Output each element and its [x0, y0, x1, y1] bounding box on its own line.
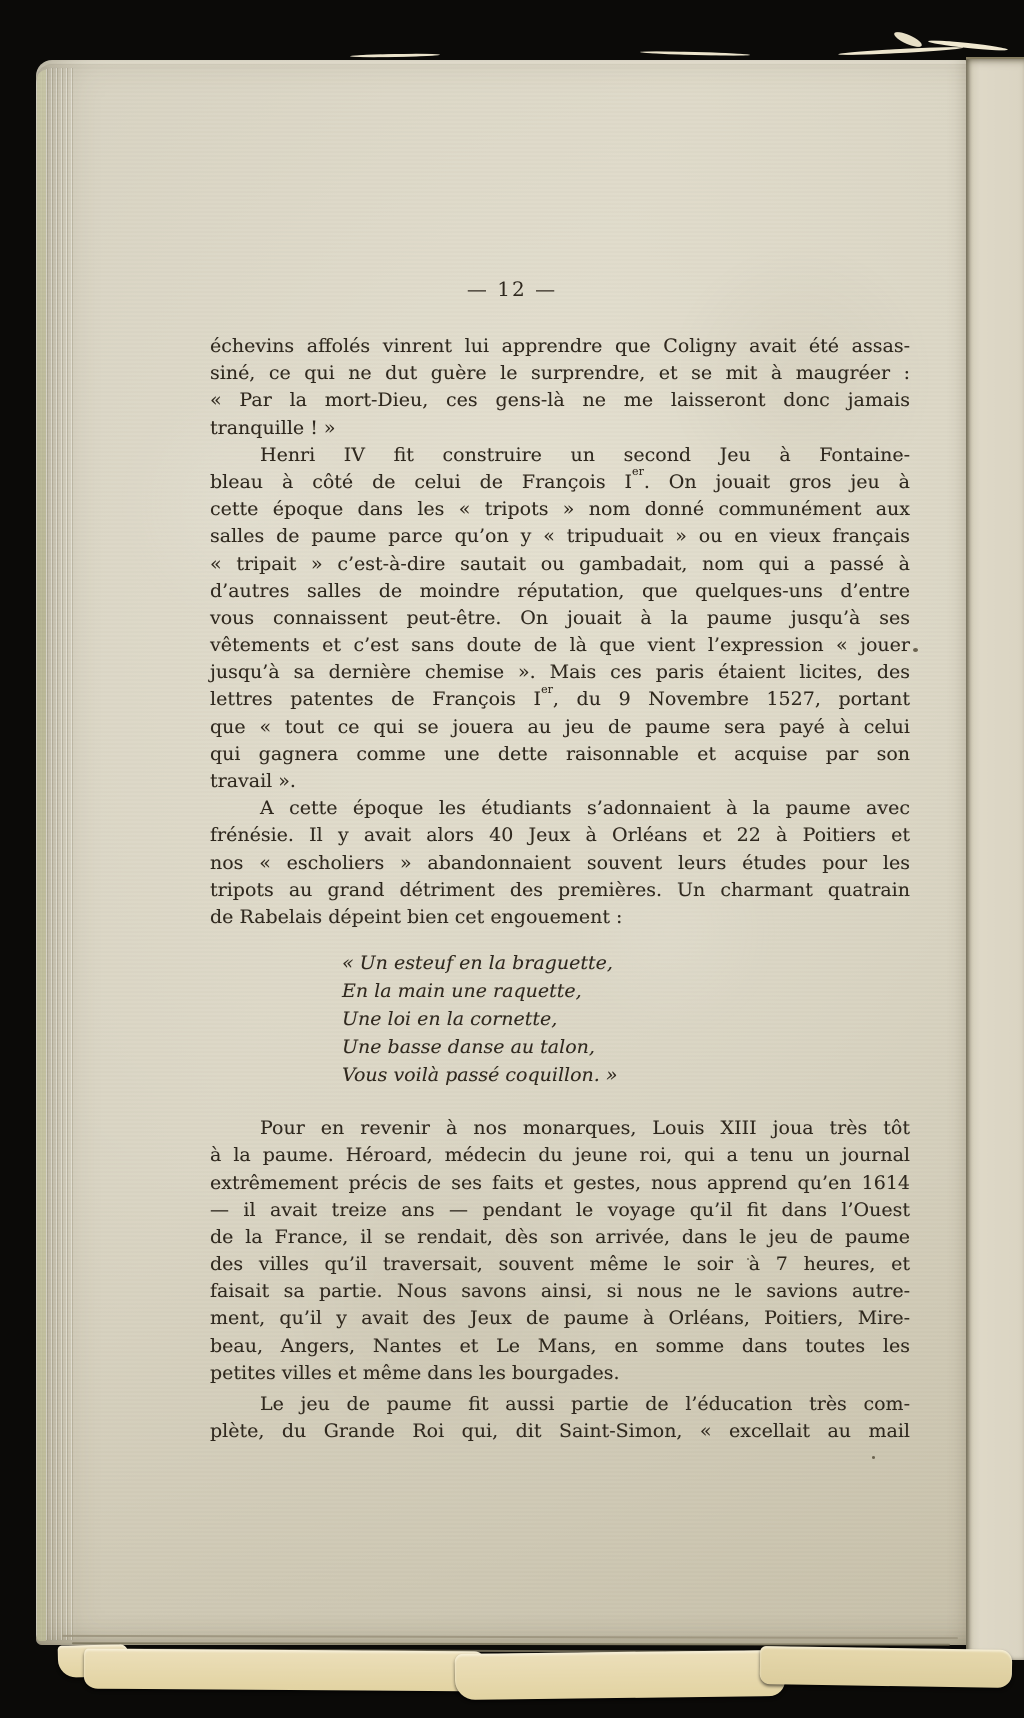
text-line: beau, Angers, Nantes et Le Mans, en somm… — [210, 1333, 910, 1360]
text-line: Le jeu de paume fit aussi partie de l’éd… — [210, 1391, 910, 1418]
text-line: cette époque dans les « tripots » nom do… — [210, 496, 910, 523]
paper-fiber — [838, 46, 963, 57]
text-segment: bleau à côté de celui de François I — [210, 471, 632, 493]
paragraph: échevins affolés vinrent lui apprendre q… — [210, 333, 910, 442]
text-line: « Par la mort-Dieu, ces gens-là ne me la… — [210, 387, 910, 414]
paper-speck — [872, 1456, 875, 1459]
text-line: extrêmement précis de ses faits et geste… — [210, 1170, 910, 1197]
text-line: En la main une raquette, — [342, 977, 910, 1005]
paragraph: Pour en revenir à nos monarques, Louis X… — [210, 1115, 910, 1387]
text-line: Pour en revenir à nos monarques, Louis X… — [210, 1115, 910, 1142]
superscript: er — [541, 683, 553, 696]
text-line: tripots au grand détriment des premières… — [210, 877, 910, 904]
text-line: à la paume. Héroard, médecin du jeune ro… — [210, 1142, 910, 1169]
torn-page-edge — [760, 1646, 1013, 1688]
paragraph: Henri IV fit construire un second Jeu à … — [210, 442, 910, 795]
page-text: échevins affolés vinrent lui apprendre q… — [210, 333, 910, 1445]
fore-edge-green-strip — [37, 70, 46, 1641]
text-line: siné, ce qui ne dut guère le surprendre,… — [210, 360, 910, 387]
text-line: échevins affolés vinrent lui apprendre q… — [210, 333, 910, 360]
text-line: Vous voilà passé coquillon. » — [342, 1061, 910, 1089]
torn-page-edge — [455, 1650, 786, 1700]
text-line: « Un esteuf en la braguette, — [342, 949, 910, 977]
text-line: qui gagnera comme une dette raisonnable … — [210, 741, 910, 768]
text-line: — il avait treize ans — pendant le voyag… — [210, 1197, 910, 1224]
text-line: lettres patentes de François Ier, du 9 N… — [210, 686, 910, 713]
text-line: de la France, il se rendait, dès son arr… — [210, 1224, 910, 1251]
text-line: salles de paume parce qu’on y « tripudua… — [210, 523, 910, 550]
text-segment: . On jouait gros jeu à — [644, 471, 910, 493]
text-line: tranquille ! » — [210, 415, 910, 442]
paper-speck — [913, 648, 918, 652]
paper-fiber — [640, 51, 750, 57]
text-line: bleau à côté de celui de François Ier. O… — [210, 469, 910, 496]
torn-page-edge — [84, 1649, 484, 1692]
text-line: vous connaissent peut-être. On jouait à … — [210, 605, 910, 632]
text-line: « tripait » c’est-à-dire sautait ou gamb… — [210, 551, 910, 578]
photograph-of-book: { "page": { "number": "— 12 —" }, "color… — [0, 0, 1024, 1718]
text-line: Une loi en la cornette, — [342, 1005, 910, 1033]
text-line: vêtements et c’est sans doute de là que … — [210, 632, 910, 659]
text-line: faisait sa partie. Nous savons ainsi, si… — [210, 1278, 910, 1305]
paper-fiber — [892, 29, 923, 49]
paragraph: A cette époque les étudiants s’adonnaien… — [210, 795, 910, 931]
superscript: er — [632, 465, 644, 478]
text-line: Une basse danse au talon, — [342, 1033, 910, 1061]
text-line: petites villes et même dans les bourgade… — [210, 1360, 910, 1387]
text-line: d’autres salles de moindre réputation, q… — [210, 578, 910, 605]
text-line: plète, du Grande Roi qui, dit Saint-Simo… — [210, 1418, 910, 1445]
text-line: Henri IV fit construire un second Jeu à … — [210, 442, 910, 469]
text-line: de Rabelais dépeint bien cet engouement … — [210, 904, 910, 931]
text-segment: , du 9 Novembre 1527, portant — [553, 688, 910, 710]
page-edge-line — [72, 1642, 950, 1646]
text-line: des villes qu’il traversait, souvent mêm… — [210, 1251, 910, 1278]
page-number: — 12 — — [162, 277, 862, 301]
text-line: frénésie. Il y avait alors 40 Jeux à Orl… — [210, 822, 910, 849]
quatrain: « Un esteuf en la braguette,En la main u… — [210, 949, 910, 1089]
text-line: nos « escholiers » abandonnaient souvent… — [210, 850, 910, 877]
text-line: ment, qu’il y avait des Jeux de paume à … — [210, 1305, 910, 1332]
text-line: travail ». — [210, 768, 910, 795]
paper-fiber — [350, 53, 440, 58]
text-line: jusqu’à sa dernière chemise ». Mais ces … — [210, 659, 910, 686]
paragraph: Le jeu de paume fit aussi partie de l’éd… — [210, 1391, 910, 1445]
text-segment: lettres patentes de François I — [210, 688, 541, 710]
text-line: que « tout ce qui se jouera au jeu de pa… — [210, 714, 910, 741]
text-line: A cette époque les étudiants s’adonnaien… — [210, 795, 910, 822]
book-fore-edge-pages — [966, 57, 1024, 1660]
